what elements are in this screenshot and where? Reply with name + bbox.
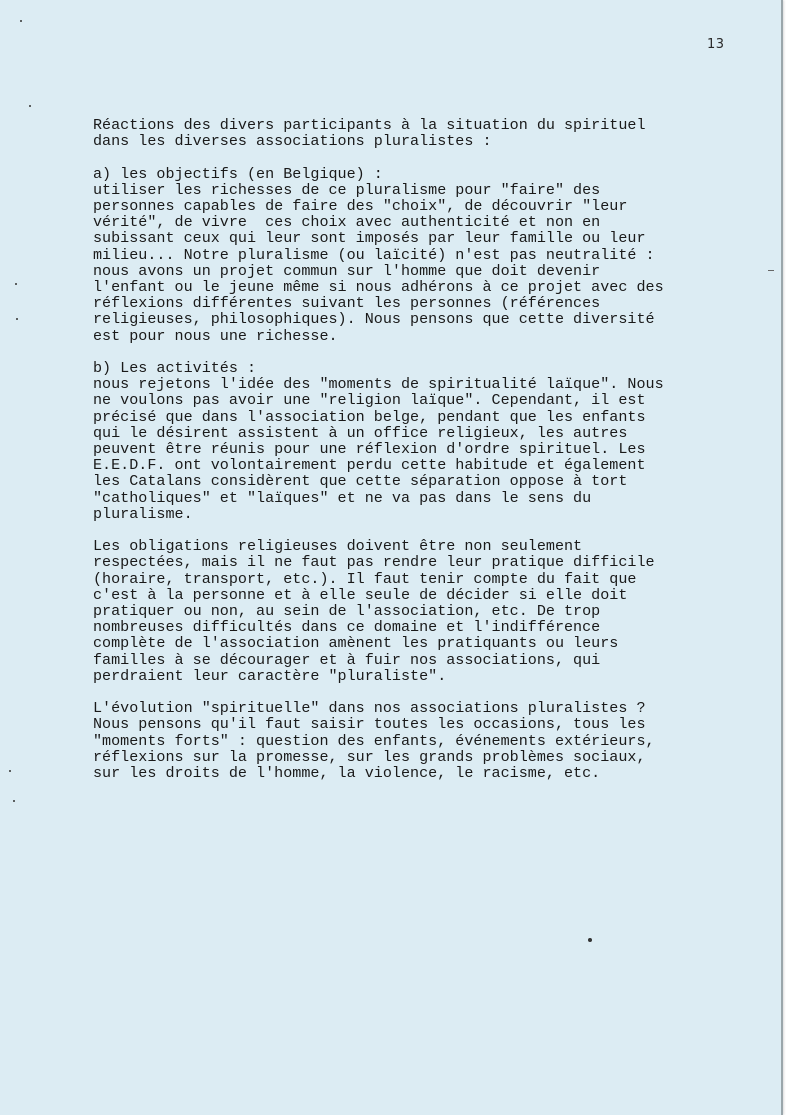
text-line: les Catalans considèrent que cette sépar…	[93, 473, 733, 489]
text-line: l'enfant ou le jeune même si nous adhéro…	[93, 279, 733, 295]
text-line: réflexions sur la promesse, sur les gran…	[93, 749, 733, 765]
text-line: familles à se décourager et à fuir nos a…	[93, 652, 733, 668]
text-line: utiliser les richesses de ce pluralisme …	[93, 182, 733, 198]
text-line: sur les droits de l'homme, la violence, …	[93, 765, 733, 781]
text-line: personnes capables de faire des "choix",…	[93, 198, 733, 214]
scanned-page: 13 Réactions des divers participants à l…	[0, 0, 783, 1115]
text-line: dans les diverses associations pluralist…	[93, 133, 733, 149]
text-line: peuvent être réunis pour une réflexion d…	[93, 441, 733, 457]
scan-speck	[768, 270, 774, 271]
text-line: "moments forts" : question des enfants, …	[93, 733, 733, 749]
text-line: ne voulons pas avoir une "religion laïqu…	[93, 392, 733, 408]
text-line: Réactions des divers participants à la s…	[93, 117, 733, 133]
paragraph: Réactions des divers participants à la s…	[93, 117, 733, 149]
scan-speck	[15, 283, 17, 285]
scan-speck	[16, 318, 18, 320]
text-line: milieu... Notre pluralisme (ou laïcité) …	[93, 247, 733, 263]
text-line: nombreuses difficultés dans ce domaine e…	[93, 619, 733, 635]
paragraph: b) Les activités :nous rejetons l'idée d…	[93, 360, 733, 522]
scan-speck	[20, 20, 22, 22]
scan-speck	[588, 938, 592, 942]
paragraph: Les obligations religieuses doivent être…	[93, 538, 733, 684]
text-line: religieuses, philosophiques). Nous penso…	[93, 311, 733, 327]
paragraph: a) les objectifs (en Belgique) :utiliser…	[93, 166, 733, 344]
text-line: pluralisme.	[93, 506, 733, 522]
scan-speck	[13, 800, 15, 802]
text-line: (horaire, transport, etc.). Il faut teni…	[93, 571, 733, 587]
paragraph: L'évolution "spirituelle" dans nos assoc…	[93, 700, 733, 781]
text-line: "catholiques" et "laïques" et ne va pas …	[93, 490, 733, 506]
text-line: a) les objectifs (en Belgique) :	[93, 166, 733, 182]
text-line: pratiquer ou non, au sein de l'associati…	[93, 603, 733, 619]
text-line: c'est à la personne et à elle seule de d…	[93, 587, 733, 603]
document-body: Réactions des divers participants à la s…	[93, 117, 733, 797]
scan-speck	[29, 105, 31, 107]
text-line: complète de l'association amènent les pr…	[93, 635, 733, 651]
text-line: perdraient leur caractère "pluraliste".	[93, 668, 733, 684]
text-line: est pour nous une richesse.	[93, 328, 733, 344]
text-line: précisé que dans l'association belge, pe…	[93, 409, 733, 425]
text-line: Nous pensons qu'il faut saisir toutes le…	[93, 716, 733, 732]
text-line: E.E.D.F. ont volontairement perdu cette …	[93, 457, 733, 473]
text-line: qui le désirent assistent à un office re…	[93, 425, 733, 441]
text-line: respectées, mais il ne faut pas rendre l…	[93, 554, 733, 570]
text-line: subissant ceux qui leur sont imposés par…	[93, 230, 733, 246]
text-line: réflexions différentes suivant les perso…	[93, 295, 733, 311]
text-line: nous avons un projet commun sur l'homme …	[93, 263, 733, 279]
page-number: 13	[707, 37, 725, 52]
text-line: b) Les activités :	[93, 360, 733, 376]
scan-speck	[9, 770, 11, 772]
text-line: L'évolution "spirituelle" dans nos assoc…	[93, 700, 733, 716]
text-line: nous rejetons l'idée des "moments de spi…	[93, 376, 733, 392]
text-line: vérité", de vivre ces choix avec authent…	[93, 214, 733, 230]
text-line: Les obligations religieuses doivent être…	[93, 538, 733, 554]
